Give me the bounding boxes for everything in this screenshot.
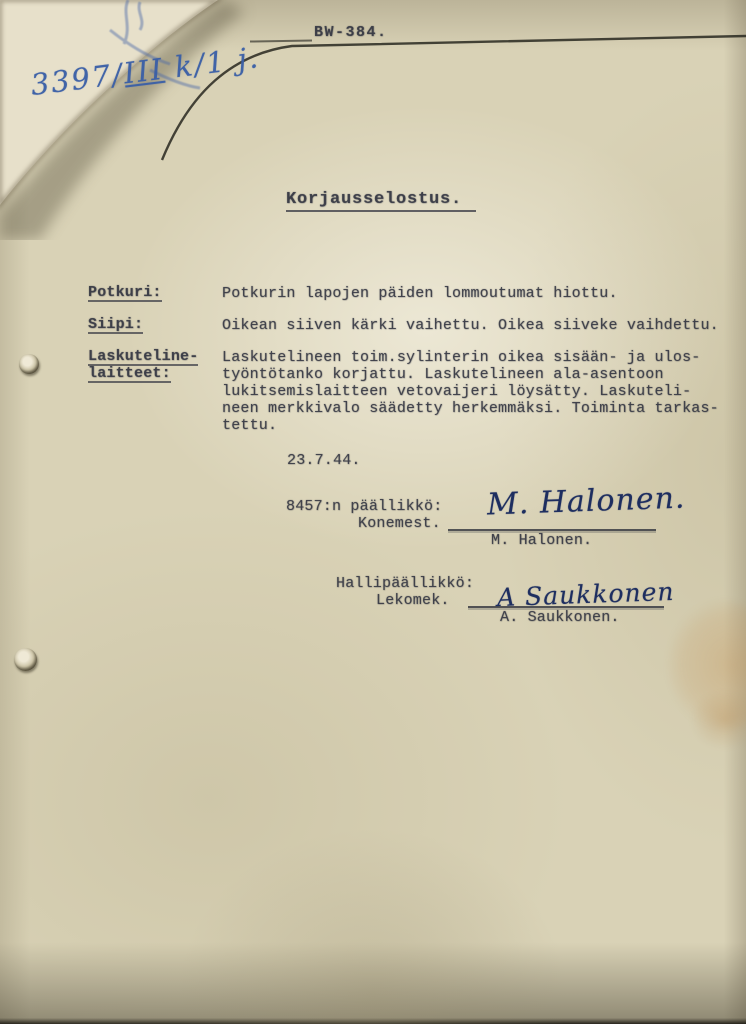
typed-name-halonen: M. Halonen. <box>491 532 592 549</box>
section-label-siipi: Siipi: <box>88 317 143 334</box>
section-text-laskuteline-line4: neen merkkivalo säädetty herkemmäksi. To… <box>222 400 719 417</box>
punch-hole-top <box>19 354 39 374</box>
section-label-laskuteline-line2: laitteet: <box>88 366 171 383</box>
aircraft-id: BW-384. <box>314 24 388 41</box>
signer1-role-line2: Konemest. <box>358 515 441 532</box>
section-text-potkuri: Potkurin lapojen päiden lommoutumat hiot… <box>222 285 618 302</box>
section-text-laskuteline-line2: työntötanko korjattu. Laskutelineen ala-… <box>222 366 664 383</box>
punch-hole-bottom <box>14 648 37 671</box>
handwritten-reference-part2: III <box>122 52 166 91</box>
section-label-potkuri: Potkuri: <box>88 285 162 302</box>
signer2-role-line1: Hallipäällikkö: <box>336 575 474 592</box>
section-text-laskuteline-line1: Laskutelineen toim.sylinterin oikea sisä… <box>222 349 700 366</box>
document-date: 23.7.44. <box>287 452 361 469</box>
signer1-role-line1: 8457:n päällikkö: <box>286 498 442 515</box>
typed-name-saukkonen: A. Saukkonen. <box>500 609 620 626</box>
section-text-laskuteline-line5: tettu. <box>222 417 277 434</box>
signature-line-saukkonen <box>468 606 664 608</box>
document-title: Korjausselostus. <box>286 191 476 212</box>
section-text-laskuteline-line3: lukitsemislaitteen vetovaijeri löysätty.… <box>222 383 691 400</box>
signature-halonen: M. Halonen. <box>486 481 686 523</box>
signer2-role-line2: Lekomek. <box>376 592 450 609</box>
signature-line-halonen <box>448 529 656 531</box>
document-photo: BW-384. 3397/III k/1 j. Korjausselostus.… <box>0 0 746 1024</box>
section-label-laskuteline-line1: Laskuteline- <box>88 349 198 366</box>
section-text-siipi: Oikean siiven kärki vaihettu. Oikea siiv… <box>222 317 719 334</box>
